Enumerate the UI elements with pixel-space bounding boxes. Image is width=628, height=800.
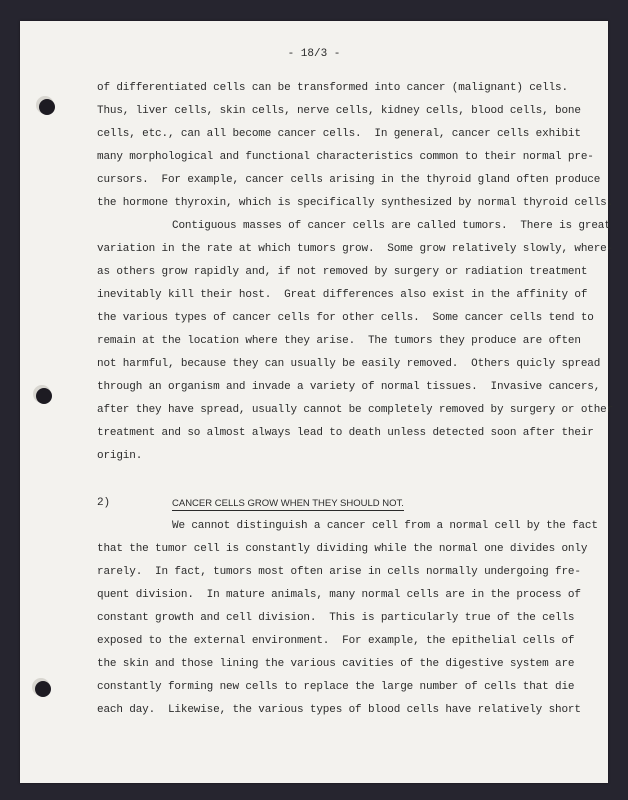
- text-line: rarely. In fact, tumors most often arise…: [97, 566, 581, 578]
- document-page: - 18/3 - of differentiated cells can be …: [20, 21, 608, 783]
- text-line: Thus, liver cells, skin cells, nerve cel…: [97, 105, 581, 117]
- text-line: cells, etc., can all become cancer cells…: [97, 128, 581, 140]
- text-line: We cannot distinguish a cancer cell from…: [172, 520, 598, 532]
- text-line: constant growth and cell division. This …: [97, 612, 574, 624]
- text-line: cursors. For example, cancer cells arisi…: [97, 174, 600, 186]
- text-line: that the tumor cell is constantly dividi…: [97, 543, 587, 555]
- text-line: origin.: [97, 450, 142, 462]
- text-line: Contiguous masses of cancer cells are ca…: [172, 220, 611, 232]
- section-title: CANCER CELLS GROW WHEN THEY SHOULD NOT.: [172, 498, 404, 511]
- text-line: the skin and those lining the various ca…: [97, 658, 574, 670]
- text-line: treatment and so almost always lead to d…: [97, 427, 594, 439]
- text-line: of differentiated cells can be transform…: [97, 82, 568, 94]
- section-number: 2): [97, 497, 110, 509]
- text-line: inevitably kill their host. Great differ…: [97, 289, 587, 301]
- text-line: through an organism and invade a variety…: [97, 381, 600, 393]
- text-line: variation in the rate at which tumors gr…: [97, 243, 613, 255]
- text-line: exposed to the external environment. For…: [97, 635, 574, 647]
- text-line: as others grow rapidly and, if not remov…: [97, 266, 587, 278]
- text-line: after they have spread, usually cannot b…: [97, 404, 613, 416]
- text-line: the various types of cancer cells for ot…: [97, 312, 594, 324]
- text-line: remain at the location where they arise.…: [97, 335, 581, 347]
- text-line: the hormone thyroxin, which is specifica…: [97, 197, 613, 209]
- punch-hole: [35, 681, 51, 697]
- punch-hole: [39, 99, 55, 115]
- text-line: each day. Likewise, the various types of…: [97, 704, 581, 716]
- text-line: quent division. In mature animals, many …: [97, 589, 581, 601]
- text-line: not harmful, because they can usually be…: [97, 358, 600, 370]
- page-number: - 18/3 -: [20, 48, 608, 60]
- text-line: constantly forming new cells to replace …: [97, 681, 574, 693]
- punch-hole: [36, 388, 52, 404]
- text-line: many morphological and functional charac…: [97, 151, 594, 163]
